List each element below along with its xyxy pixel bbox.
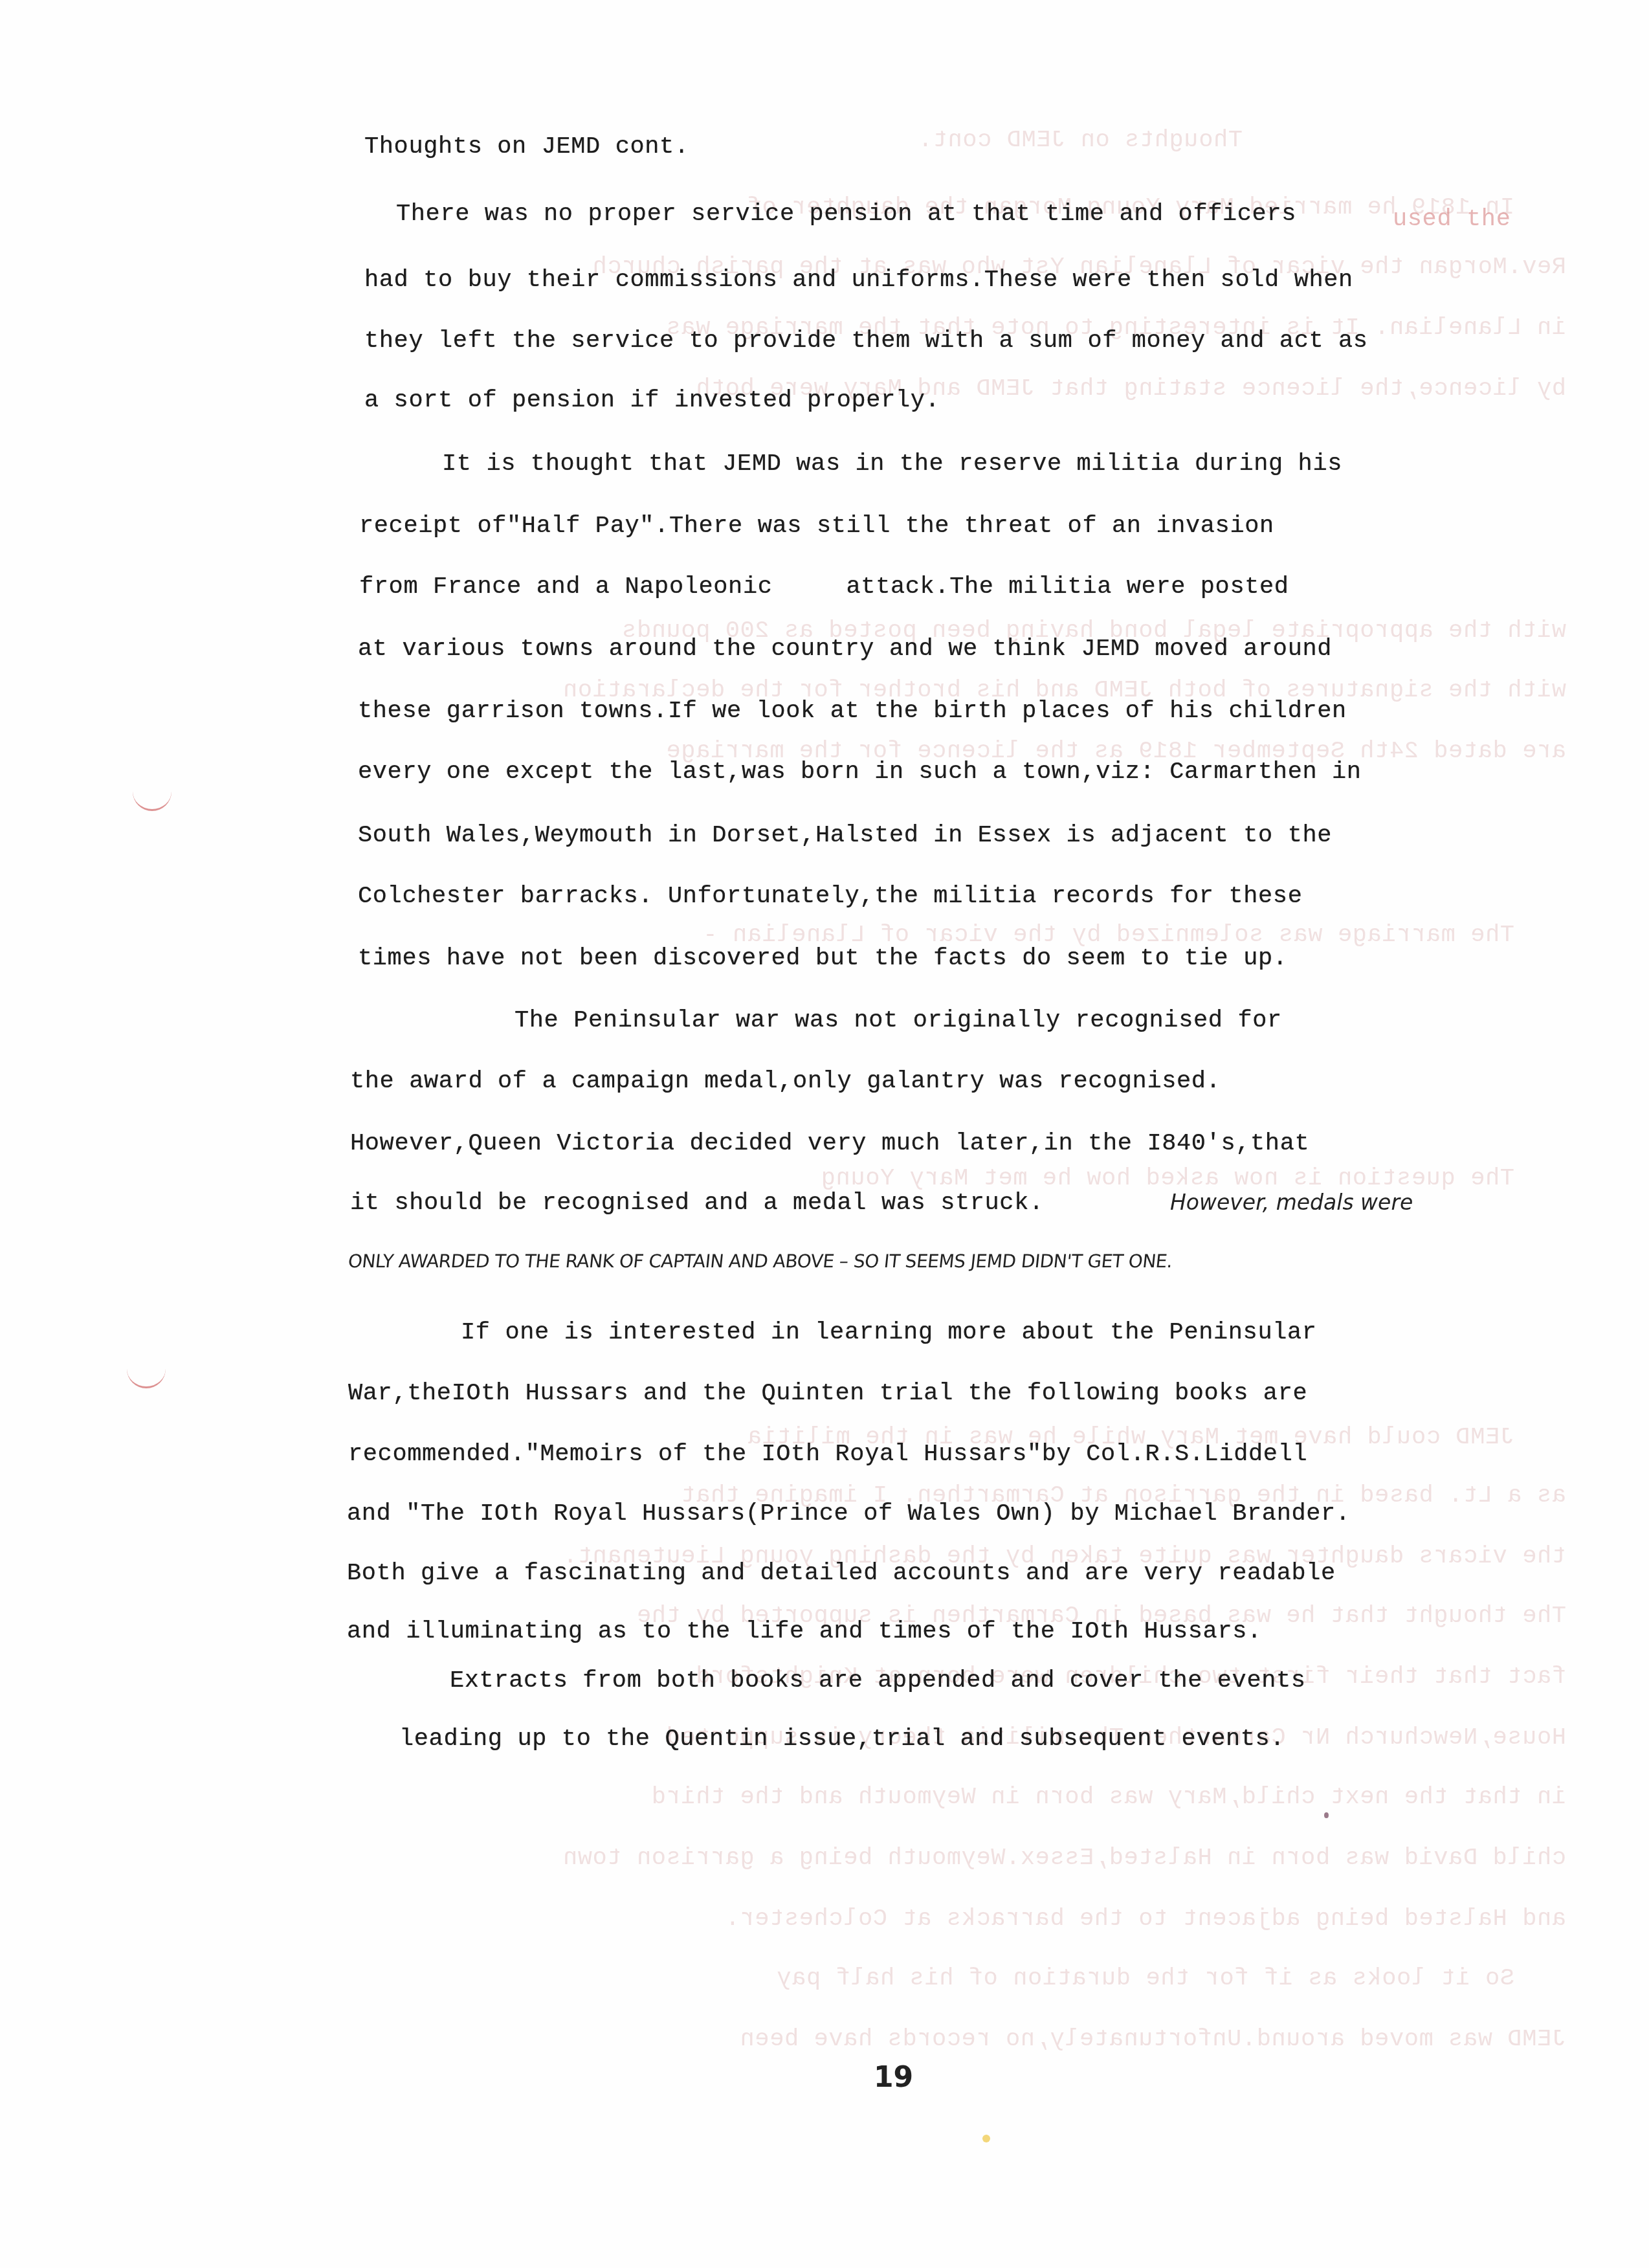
page-number: 19	[874, 2061, 913, 2094]
margin-mark	[127, 1368, 166, 1388]
bleed-through-text: The question is now asked how he met Mar…	[821, 1165, 1514, 1192]
paragraph-5-line-1: Extracts from both books are appended an…	[450, 1667, 1306, 1695]
paper-speck	[1324, 1812, 1329, 1818]
paragraph-3-line-3: However,Queen Victoria decided very much…	[350, 1130, 1309, 1157]
paragraph-1-line-1: There was no proper service pension at t…	[396, 201, 1296, 228]
paragraph-3-line-1: The Peninsular war was not originally re…	[515, 1007, 1282, 1034]
bleed-through-text: JEMD was moved around.Unfortunately,no r…	[740, 2026, 1566, 2053]
paragraph-2-line-8: Colchester barracks. Unfortunately,the m…	[358, 883, 1302, 910]
paragraph-1-line-2: had to buy their commissions and uniform…	[364, 267, 1353, 294]
paragraph-2-line-4: at various towns around the country and …	[358, 636, 1332, 663]
paragraph-4-line-1: If one is interested in learning more ab…	[461, 1319, 1317, 1346]
margin-mark	[133, 791, 172, 811]
paragraph-3-line-4: it should be recognised and a medal was …	[350, 1190, 1044, 1217]
paragraph-2-line-3: from France and a Napoleonic attack.The …	[359, 573, 1289, 601]
handwritten-annotation-1: However, medals were	[1170, 1190, 1413, 1215]
paragraph-2-line-2: receipt of"Half Pay".There was still the…	[359, 513, 1274, 540]
margin-overlay-text: used the	[1393, 206, 1511, 233]
handwritten-annotation-2: ONLY AWARDED TO THE RANK OF CAPTAIN AND …	[347, 1251, 1173, 1272]
paragraph-4-line-4: and "The IOth Royal Hussars(Prince of Wa…	[347, 1500, 1351, 1528]
bleed-through-text: in that the next child,Mary was born in …	[651, 1784, 1566, 1811]
bleed-through-text: So it looks as if for the duration of hi…	[777, 1965, 1514, 1992]
bleed-through-text: and Halsted being adjacent to the barrac…	[725, 1906, 1566, 1933]
paragraph-4-line-2: War,theIOth Hussars and the Quinten tria…	[348, 1380, 1307, 1407]
paragraph-4-line-3: recommended."Memoirs of the IOth Royal H…	[348, 1441, 1307, 1468]
paragraph-4-line-6: and illuminating as to the life and time…	[347, 1618, 1262, 1645]
paragraph-4-line-5: Both give a fascinating and detailed acc…	[347, 1560, 1336, 1587]
paragraph-2-line-6: every one except the last,was born in su…	[358, 759, 1362, 786]
paragraph-1-line-4: a sort of pension if invested properly.	[364, 387, 940, 414]
paragraph-2-line-1: It is thought that JEMD was in the reser…	[442, 450, 1342, 478]
paragraph-5-line-2: leading up to the Quentin issue,trial an…	[399, 1726, 1285, 1753]
bleed-through-text: Thoughts on JEMD cont.	[918, 127, 1243, 154]
paper-speck	[982, 2135, 990, 2142]
paragraph-2-line-5: these garrison towns.If we look at the b…	[358, 698, 1347, 725]
document-page: Thoughts on JEMD cont. In 1819 he marrie…	[0, 0, 1649, 2268]
bleed-through-text: child David was born in Halsted,Essex.We…	[562, 1845, 1566, 1872]
paragraph-3-line-2: the award of a campaign medal,only galan…	[350, 1068, 1221, 1095]
paragraph-2-line-9: times have not been discovered but the f…	[358, 945, 1288, 972]
page-title: Thoughts on JEMD cont.	[364, 133, 689, 161]
paragraph-2-line-7: South Wales,Weymouth in Dorset,Halsted i…	[358, 822, 1332, 849]
paragraph-1-line-3: they left the service to provide them wi…	[364, 328, 1368, 355]
